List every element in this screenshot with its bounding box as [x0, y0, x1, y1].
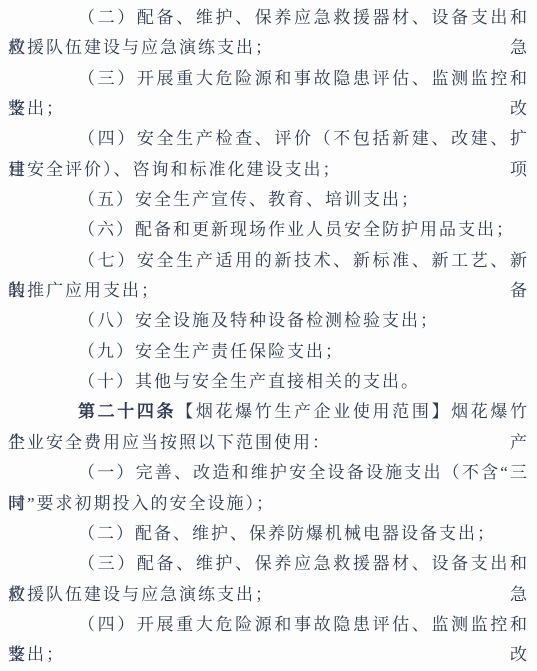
- text-line: （六）配备和更新现场作业人员安全防护用品支出；: [8, 215, 529, 245]
- text-line: （二）配备、维护、保养应急救援器材、设备支出和应急: [8, 3, 529, 33]
- text-line: （八）安全设施及特种设备检测检验支出；: [8, 306, 529, 336]
- text-line: （一）完善、改造和维护安全设备设施支出（不含“三同: [8, 458, 529, 488]
- article-number: 第二十四条: [78, 402, 176, 421]
- text-line-article-24: 第二十四条【烟花爆竹生产企业使用范围】烟花爆竹生产: [8, 397, 529, 427]
- text-line: （二）配备、维护、保养防爆机械电器设备支出；: [8, 519, 529, 549]
- text-line: （九）安全生产责任保险支出；: [8, 337, 529, 367]
- text-line: （七）安全生产适用的新技术、新标准、新工艺、新装备: [8, 246, 529, 276]
- text-line: （三）配备、维护、保养应急救援器材、设备支出和应急: [8, 549, 529, 579]
- text-line: （四）安全生产检查、评价（不包括新建、改建、扩建项: [8, 124, 529, 154]
- text-line: （十）其他与安全生产直接相关的支出。: [8, 367, 529, 397]
- text-line: 时”要求初期投入的安全设施）；: [8, 489, 529, 519]
- text-line: （五）安全生产宣传、教育、培训支出；: [8, 185, 529, 215]
- document-page: （二）配备、维护、保养应急救援器材、设备支出和应急 救援队伍建设与应急演练支出；…: [0, 0, 537, 671]
- text-line: （四）开展重大危险源和事故隐患评估、监测监控和整改: [8, 610, 529, 640]
- text-line: （三）开展重大危险源和事故隐患评估、监测监控和整改: [8, 64, 529, 94]
